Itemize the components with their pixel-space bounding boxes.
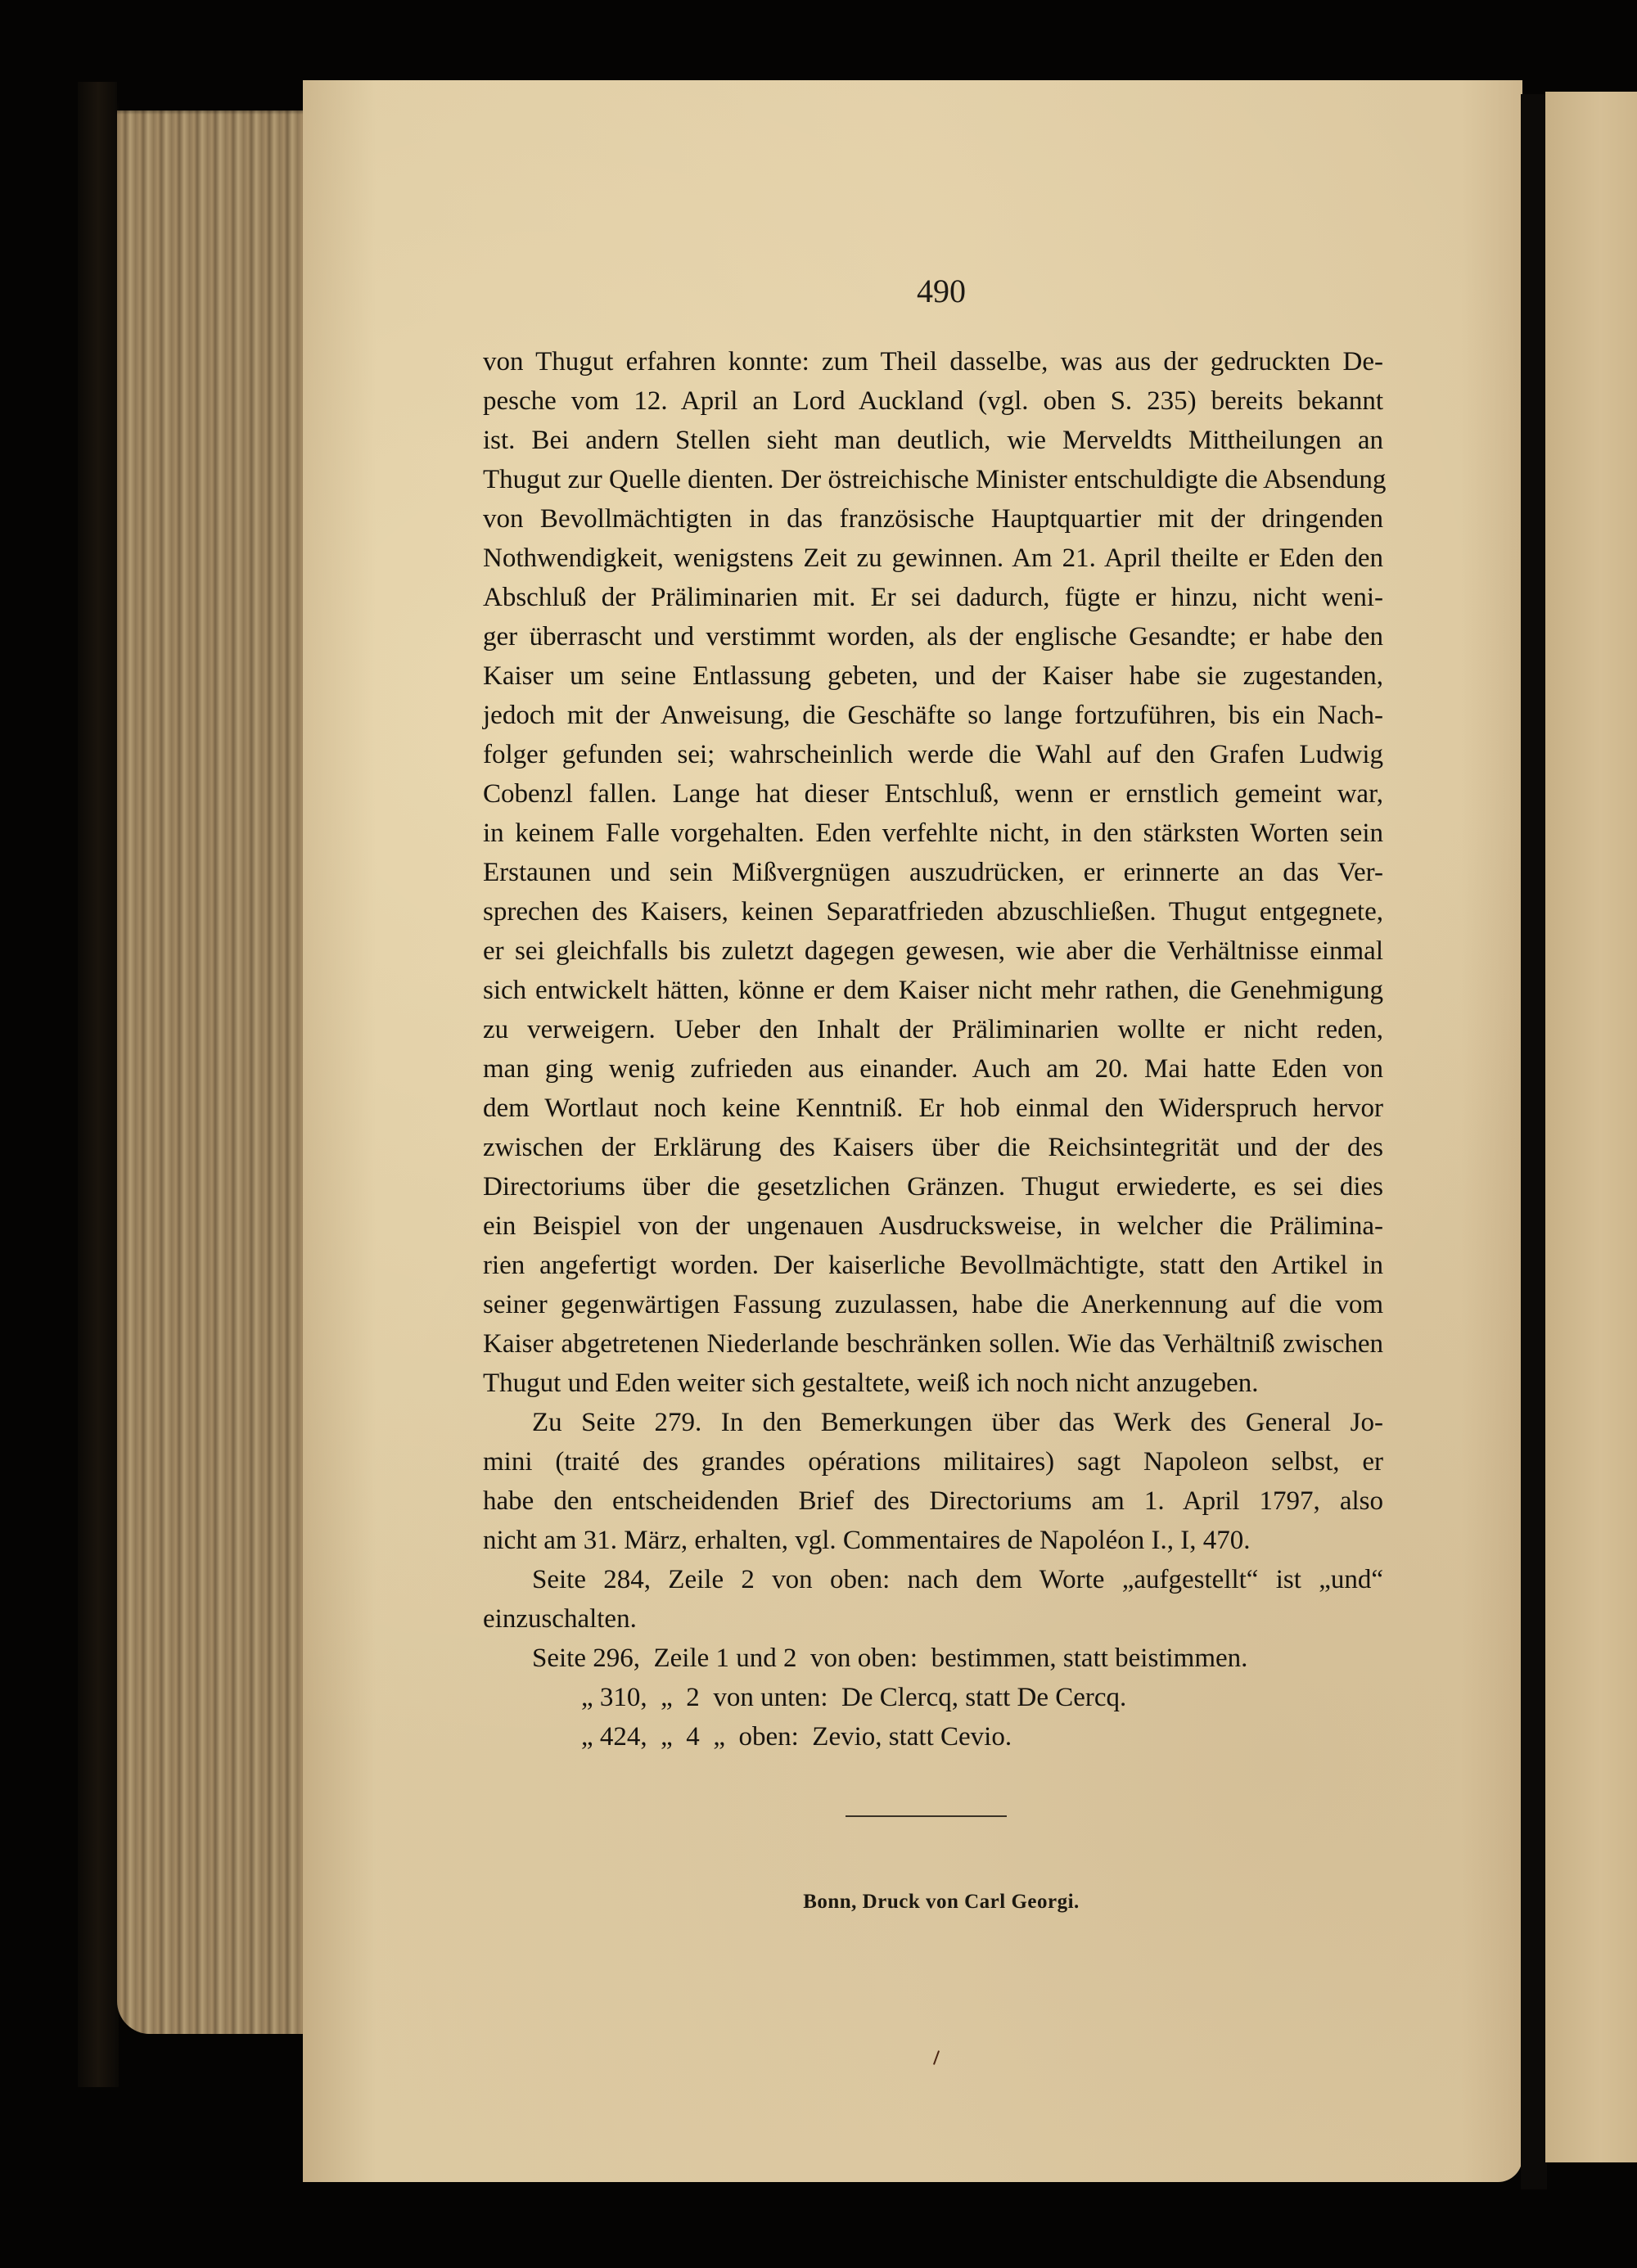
text-line: man ging wenig zufrieden aus einander. A… xyxy=(483,1049,1383,1089)
erratum-correction: De Clercq, statt De Cercq. xyxy=(841,1683,1126,1712)
text-line: Directoriums über die gesetzlichen Gränz… xyxy=(483,1167,1383,1206)
text-line: Cobenzl fallen. Lange hat dieser Entschl… xyxy=(483,774,1383,814)
text-line: seiner gegenwärtigen Fassung zuzulassen,… xyxy=(483,1285,1383,1324)
text-line: Nothwendigkeit, wenigstens Zeit zu gewin… xyxy=(483,539,1383,578)
text-line: einzuschalten. xyxy=(483,1599,1383,1639)
text-line: sprechen des Kaisers, keinen Separatfrie… xyxy=(483,892,1383,931)
main-paragraph: von Thugut erfahren konnte: zum Theil da… xyxy=(483,342,1383,1403)
erratum-position: von unten: xyxy=(713,1683,841,1712)
text-line: Seite 284, Zeile 2 von oben: nach dem Wo… xyxy=(483,1560,1383,1599)
text-line: von Bevollmächtigten in das französische… xyxy=(483,499,1383,539)
erratum-page: „ 424, xyxy=(581,1722,661,1752)
text-line: sich entwickelt hätten, könne er dem Kai… xyxy=(483,971,1383,1010)
erratum-row: Seite 296, Zeile 1 und 2 von oben: besti… xyxy=(483,1639,1383,1678)
text-line: jedoch mit der Anweisung, die Geschäfte … xyxy=(483,696,1383,735)
erratum-row: „ 424, „ 4 „ oben: Zevio, statt Cevio. xyxy=(483,1717,1383,1756)
text-line: habe den entscheidenden Brief des Direct… xyxy=(483,1481,1383,1521)
text-line: zu verweigern. Ueber den Inhalt der Präl… xyxy=(483,1010,1383,1049)
text-line: Thugut zur Quelle dienten. Der östreichi… xyxy=(483,460,1383,499)
text-line: mini (traité des grandes opérations mili… xyxy=(483,1442,1383,1481)
text-line: Kaiser um seine Entlassung gebeten, und … xyxy=(483,656,1383,696)
text-line: ger überrascht und verstimmt worden, als… xyxy=(483,617,1383,656)
errata-list: Seite 296, Zeile 1 und 2 von oben: besti… xyxy=(483,1639,1383,1756)
note-seite-284: Seite 284, Zeile 2 von oben: nach dem Wo… xyxy=(483,1560,1383,1639)
text-line: rien angefertigt worden. Der kaiserliche… xyxy=(483,1246,1383,1285)
closing-rule xyxy=(846,1815,1007,1817)
erratum-page: Seite 296, xyxy=(532,1644,653,1673)
text-line: Erstaunen und sein Mißvergnügen auszudrü… xyxy=(483,853,1383,892)
erratum-line-label: Zeile 1 und 2 xyxy=(653,1644,810,1673)
erratum-row: „ 310, „ 2 von unten: De Clercq, statt D… xyxy=(483,1678,1383,1717)
printer-imprint: Bonn, Druck von Carl Georgi. xyxy=(737,1891,1146,1914)
body-text: von Thugut erfahren konnte: zum Theil da… xyxy=(483,342,1383,1756)
note-seite-279: Zu Seite 279. In den Bemerkungen über da… xyxy=(483,1403,1383,1560)
text-line: Thugut und Eden weiter sich gestaltete, … xyxy=(483,1364,1383,1403)
text-line: pesche vom 12. April an Lord Auckland (v… xyxy=(483,381,1383,421)
erratum-line-label: „ 2 xyxy=(661,1683,713,1712)
book-cover-edge xyxy=(78,82,119,2087)
page-number: 490 xyxy=(909,272,974,310)
text-line: in keinem Falle vorgehalten. Eden verfeh… xyxy=(483,814,1383,853)
book-gutter xyxy=(1521,94,1547,2189)
text-line: Abschluß der Präliminarien mit. Er sei d… xyxy=(483,578,1383,617)
text-line: Kaiser abgetretenen Niederlande beschrän… xyxy=(483,1324,1383,1364)
erratum-page: „ 310, xyxy=(581,1683,661,1712)
erratum-position: „ oben: xyxy=(713,1722,812,1752)
text-line: folger gefunden sei; wahrscheinlich werd… xyxy=(483,735,1383,774)
text-line: er sei gleichfalls bis zuletzt dagegen g… xyxy=(483,931,1383,971)
facing-page-edge xyxy=(1545,92,1637,2162)
page-block-edges xyxy=(117,110,313,2034)
text-line: ist. Bei andern Stellen sieht man deutli… xyxy=(483,421,1383,460)
erratum-position: von oben: xyxy=(810,1644,931,1673)
text-line: dem Wortlaut noch keine Kenntniß. Er hob… xyxy=(483,1089,1383,1128)
erratum-correction: Zevio, statt Cevio. xyxy=(812,1722,1012,1752)
erratum-correction: bestimmen, statt beistimmen. xyxy=(931,1644,1248,1673)
erratum-line-label: „ 4 xyxy=(661,1722,713,1752)
text-line: von Thugut erfahren konnte: zum Theil da… xyxy=(483,342,1383,381)
text-line: ein Beispiel von der ungenauen Ausdrucks… xyxy=(483,1206,1383,1246)
page-block-shadow xyxy=(117,82,313,115)
text-line: nicht am 31. März, erhalten, vgl. Commen… xyxy=(483,1521,1383,1560)
text-line: Zu Seite 279. In den Bemerkungen über da… xyxy=(483,1403,1383,1442)
text-line: zwischen der Erklärung des Kaisers über … xyxy=(483,1128,1383,1167)
